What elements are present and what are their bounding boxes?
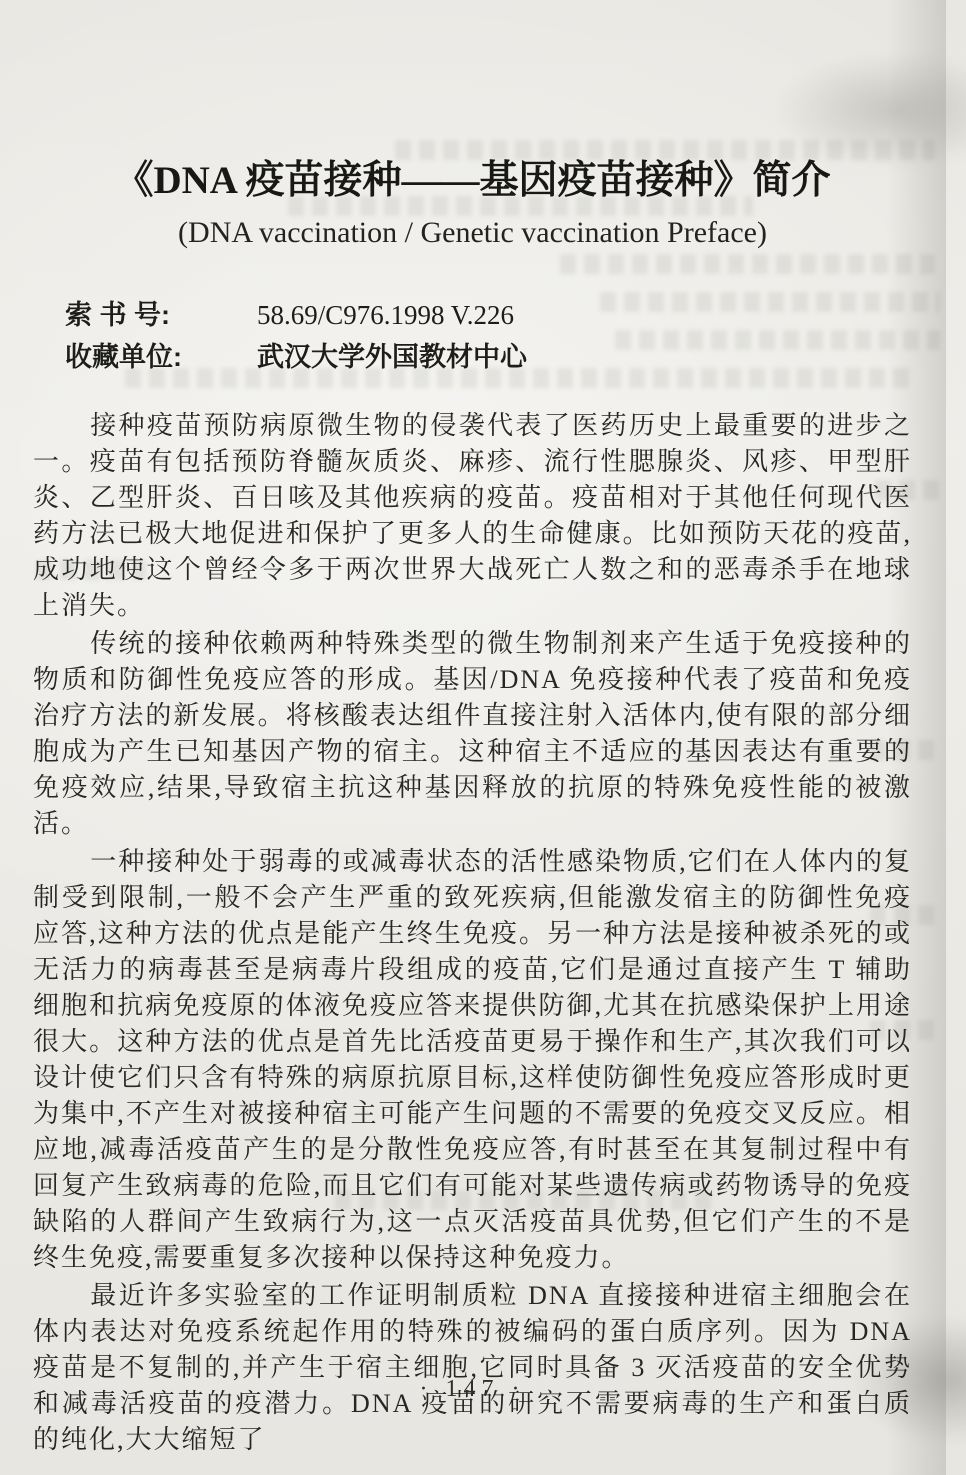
body-paragraph-3: 一种接种处于弱毒的或减毒状态的活性感染物质,它们在人体内的复制受到限制,一般不会…: [33, 844, 912, 1276]
holding-institution-value: 武汉大学外国教材中心: [243, 336, 527, 378]
book-subtitle-english: (DNA vaccination / Genetic vaccination P…: [33, 213, 912, 252]
holding-institution-label: 收藏单位:: [65, 336, 243, 378]
call-number-row: 索 书 号: 58.69/C976.1998 V.226: [65, 294, 912, 336]
holding-institution-row: 收藏单位: 武汉大学外国教材中心: [65, 336, 912, 378]
body-paragraph-2: 传统的接种依赖两种特殊类型的微生物制剂来产生适于免疫接种的物质和防御性免疫应答的…: [33, 626, 912, 842]
call-number-value: 58.69/C976.1998 V.226: [243, 294, 514, 336]
body-paragraph-4: 最近许多实验室的工作证明制质粒 DNA 直接接种进宿主细胞会在体内表达对免疫系统…: [33, 1278, 912, 1458]
body-text: 接种疫苗预防病原微生物的侵袭代表了医药历史上最重要的进步之一。疫苗有包括预防脊髓…: [33, 408, 912, 1458]
body-paragraph-1: 接种疫苗预防病原微生物的侵袭代表了医药历史上最重要的进步之一。疫苗有包括预防脊髓…: [33, 408, 912, 624]
book-title: 《DNA 疫苗接种——基因疫苗接种》简介: [33, 156, 912, 207]
scanned-book-page: 《DNA 疫苗接种——基因疫苗接种》简介 (DNA vaccination / …: [0, 0, 966, 1475]
call-number-label: 索 书 号:: [65, 294, 243, 336]
catalog-meta: 索 书 号: 58.69/C976.1998 V.226 收藏单位: 武汉大学外…: [65, 294, 912, 378]
page-content: 《DNA 疫苗接种——基因疫苗接种》简介 (DNA vaccination / …: [33, 0, 912, 1458]
page-number: · 147 ·: [33, 1376, 912, 1403]
